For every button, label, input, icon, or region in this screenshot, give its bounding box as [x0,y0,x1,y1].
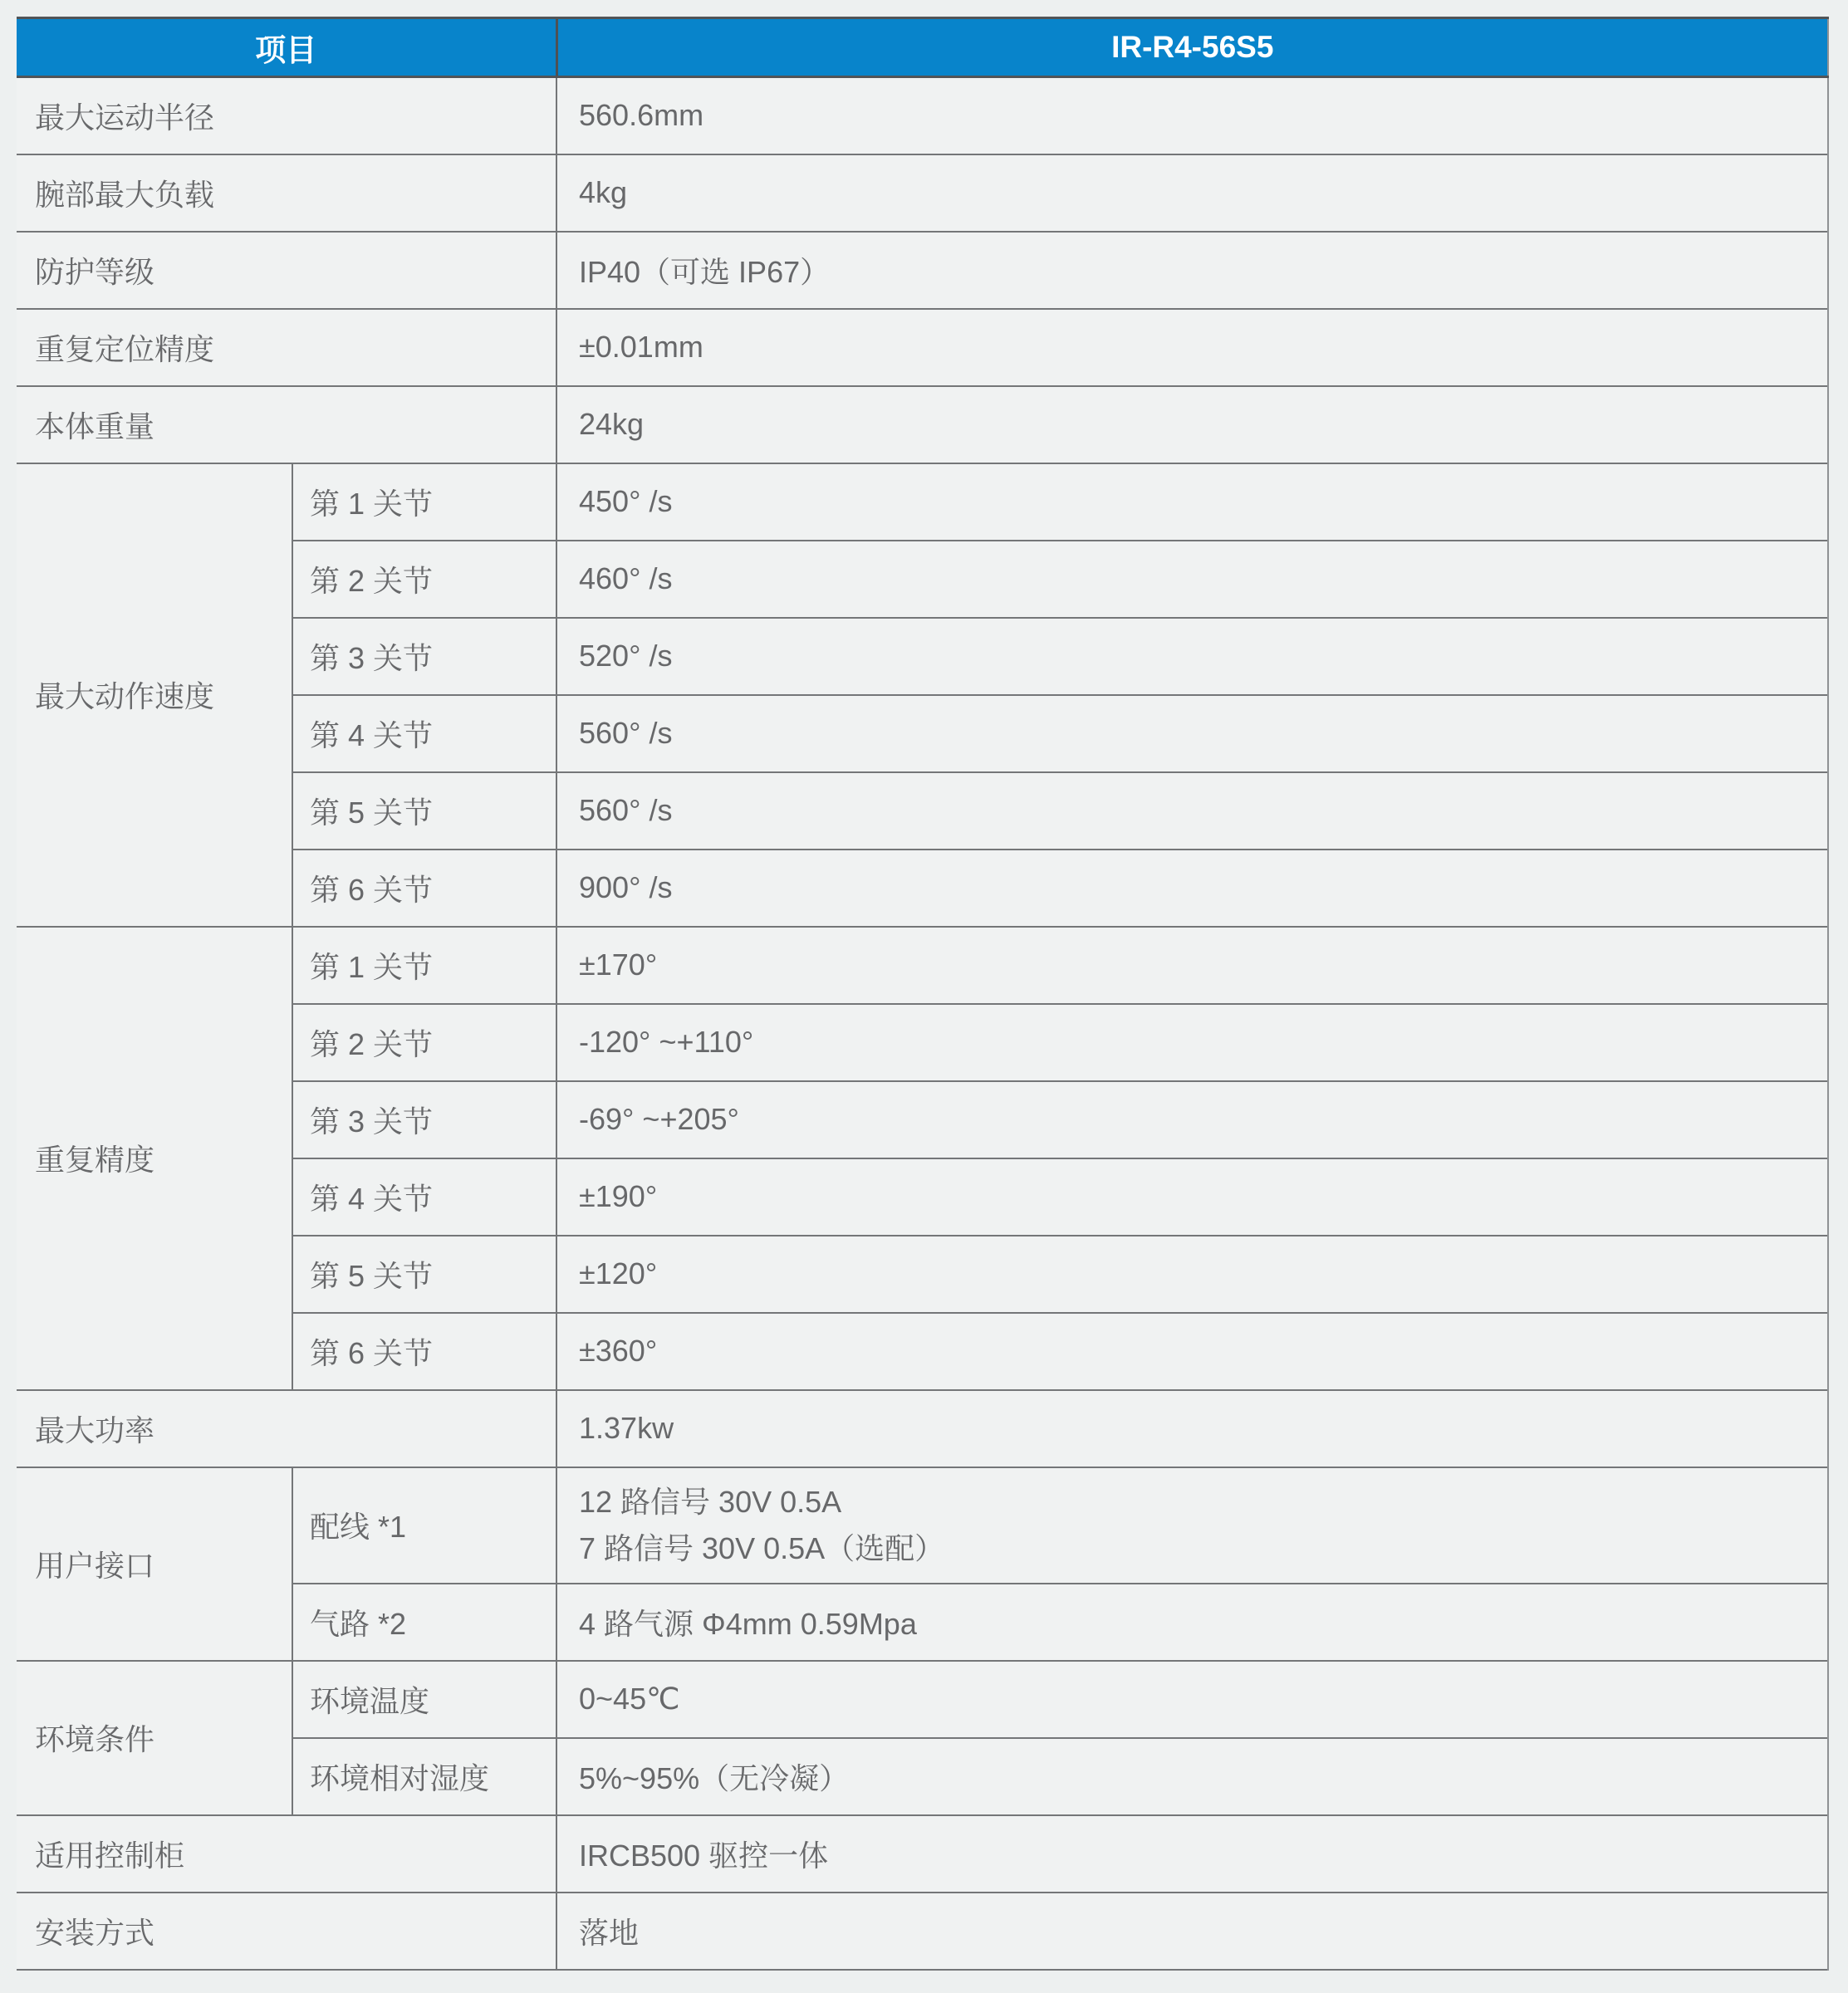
env-label: 环境相对湿度 [292,1738,556,1815]
table-row: 环境条件 环境温度 0~45℃ [17,1661,1828,1738]
joint-value: 900° /s [556,850,1828,927]
wiring-label: 配线 *1 [292,1467,556,1584]
wiring-value-line2: 7 路信号 30V 0.5A（选配） [579,1525,1827,1572]
table-row: 本体重量 24kg [17,386,1828,463]
row-label: 本体重量 [17,386,556,463]
header-row: 项目 IR-R4-56S5 [17,18,1828,77]
header-item-cell: 项目 [17,18,556,77]
joint-label: 第 5 关节 [292,1236,556,1313]
env-value: 0~45℃ [556,1661,1828,1738]
group-label-environment: 环境条件 [17,1661,292,1815]
env-value: 5%~95%（无冷凝） [556,1738,1828,1815]
table-row: 最大功率 1.37kw [17,1390,1828,1467]
joint-label: 第 1 关节 [292,463,556,541]
joint-value: -120° ~+110° [556,1004,1828,1081]
air-value: 4 路气源 Φ4mm 0.59Mpa [556,1584,1828,1661]
joint-label: 第 2 关节 [292,541,556,618]
air-label: 气路 *2 [292,1584,556,1661]
joint-value: 460° /s [556,541,1828,618]
row-label: 最大运动半径 [17,77,556,154]
wiring-value-line1: 12 路信号 30V 0.5A [579,1479,1827,1525]
joint-value: 560° /s [556,695,1828,772]
table-row: 重复精度 第 1 关节 ±170° [17,927,1828,1004]
joint-value: 450° /s [556,463,1828,541]
table-row: 腕部最大负载 4kg [17,154,1828,232]
table-row: 最大动作速度 第 1 关节 450° /s [17,463,1828,541]
group-label-motion-range: 重复精度 [17,927,292,1390]
joint-label: 第 4 关节 [292,695,556,772]
joint-label: 第 3 关节 [292,1081,556,1158]
joint-value: ±170° [556,927,1828,1004]
table-row: 重复定位精度 ±0.01mm [17,309,1828,386]
joint-value: ±120° [556,1236,1828,1313]
row-value: ±0.01mm [556,309,1828,386]
joint-value: ±190° [556,1158,1828,1236]
joint-label: 第 6 关节 [292,1313,556,1390]
joint-value: -69° ~+205° [556,1081,1828,1158]
row-label: 防护等级 [17,232,556,309]
row-label: 安装方式 [17,1893,556,1970]
row-value: 560.6mm [556,77,1828,154]
row-value: 1.37kw [556,1390,1828,1467]
joint-value: ±360° [556,1313,1828,1390]
joint-label: 第 1 关节 [292,927,556,1004]
row-value: IP40（可选 IP67） [556,232,1828,309]
group-label-user-interface: 用户接口 [17,1467,292,1661]
group-label-max-speed: 最大动作速度 [17,463,292,927]
env-label: 环境温度 [292,1661,556,1738]
row-label: 适用控制柜 [17,1815,556,1893]
joint-value: 520° /s [556,618,1828,695]
table-row: 最大运动半径 560.6mm [17,77,1828,154]
joint-value: 560° /s [556,772,1828,850]
spec-table: 项目 IR-R4-56S5 最大运动半径 560.6mm 腕部最大负载 4kg … [17,17,1829,1971]
header-model-cell: IR-R4-56S5 [556,18,1828,77]
row-label: 重复定位精度 [17,309,556,386]
joint-label: 第 4 关节 [292,1158,556,1236]
joint-label: 第 2 关节 [292,1004,556,1081]
row-value: 4kg [556,154,1828,232]
row-label: 最大功率 [17,1390,556,1467]
table-row: 安装方式 落地 [17,1893,1828,1970]
wiring-value: 12 路信号 30V 0.5A 7 路信号 30V 0.5A（选配） [556,1467,1828,1584]
row-value: 24kg [556,386,1828,463]
joint-label: 第 6 关节 [292,850,556,927]
joint-label: 第 3 关节 [292,618,556,695]
spec-table-container: 项目 IR-R4-56S5 最大运动半径 560.6mm 腕部最大负载 4kg … [17,17,1829,1971]
row-value: IRCB500 驱控一体 [556,1815,1828,1893]
table-row: 适用控制柜 IRCB500 驱控一体 [17,1815,1828,1893]
table-row: 防护等级 IP40（可选 IP67） [17,232,1828,309]
joint-label: 第 5 关节 [292,772,556,850]
table-row: 用户接口 配线 *1 12 路信号 30V 0.5A 7 路信号 30V 0.5… [17,1467,1828,1584]
row-value: 落地 [556,1893,1828,1970]
row-label: 腕部最大负载 [17,154,556,232]
